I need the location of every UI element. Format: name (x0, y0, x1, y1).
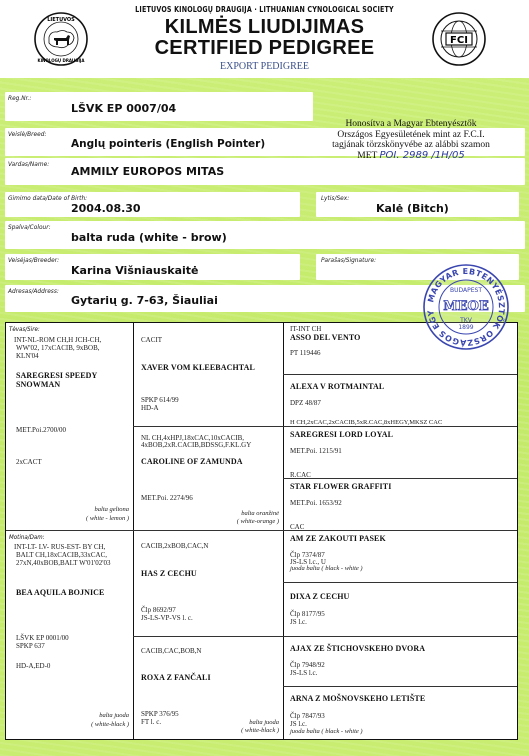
sex-field: Lytis/Sex: Kalė (Bitch) (316, 192, 519, 217)
ggp-reg: Člp 7847/93 (290, 712, 325, 720)
granddam-name: CAROLINE OF ZAMUNDA (141, 457, 243, 466)
ggp-cell: STAR FLOWER GRAFFITI MET.Poi. 1653/92 CA… (283, 479, 517, 531)
ggp-reg: MET.Poi. 1653/92 (290, 499, 342, 507)
parents-column: Tėvas/Sire: INT-NL-ROM CH,H JCH-CH, WW'0… (6, 323, 134, 739)
endorsement-line-1: Honosítva a Magyar Ebtenyésztők (300, 119, 522, 130)
pedigree-table: Tėvas/Sire: INT-NL-ROM CH,H JCH-CH, WW'0… (5, 322, 518, 740)
sire-cell: Tėvas/Sire: INT-NL-ROM CH,H JCH-CH, WW'0… (6, 323, 133, 531)
grandsire-reg: SPKP 614/99 (141, 396, 179, 404)
grandsire-titles: CACIT (141, 336, 162, 344)
grandsire-name: HAS Z CECHU (141, 569, 197, 578)
met-handwritten-number: POI. 2989 /1H/05 (380, 150, 465, 161)
colour-label: Spalva/Colour: (8, 223, 51, 231)
ggp-name: DIXA Z CECHU (290, 592, 349, 601)
svg-text:MEOE: MEOE (443, 299, 489, 314)
dam-grandsire-cell: CACIB,2xBOB,CAC,N HAS Z CECHU Člp 8692/9… (133, 531, 283, 637)
ggp-cell: AJAX ZE ŠTICHOVSKEHO DVORA Člp 7948/92 J… (283, 637, 517, 687)
dam-cell: Motina/Dam: INT-LT- LV- RUS-EST- BY CH, … (6, 531, 133, 739)
dam-extra: HD-A,ED-0 (16, 662, 50, 670)
ggp-titles: H CH,2xCAC,2xCACIB,5xR.CAC,8xHEGY,MKSZ C… (290, 419, 442, 427)
dam-granddam-cell: CACIB,CAC,BOB,N ROXA Z FANČALI SPKP 376/… (133, 637, 283, 739)
ggp-name: ASSO DEL VENTO (290, 333, 360, 342)
dam-label: Motina/Dam: (9, 533, 44, 541)
dob-label: Gimimo data/Date of Birth: (8, 194, 87, 202)
ggp-reg: Člp 8177/95 (290, 610, 325, 618)
granddam-titles: 4xBOB,2xR.CACIB,BDSSG,F.KL.GY (141, 441, 251, 449)
granddam-colour: balta oranžinė (241, 510, 279, 518)
met-prefix: MET (357, 151, 377, 161)
dam-name: BEA AQUILA BOJNICE (16, 588, 105, 597)
dob-value: 2004.08.30 (71, 202, 141, 215)
ggp-name: SAREGRESI LORD LOYAL (290, 430, 393, 439)
name-field: Vardas/Name: AMMILY EUROPOS MITAS (5, 158, 525, 185)
grandsire-reg: JS-LS-VP-VS l. c. (141, 614, 193, 622)
dam-reg: LŠVK EP 0001/00 (16, 634, 69, 642)
ggp-reg: JS l.c. (290, 720, 307, 728)
endorsement-line-2: Országos Egyesületének mint az F.C.I. (300, 130, 522, 141)
colour-field: Spalva/Colour: balta ruda (white - brow) (5, 221, 525, 249)
dam-title-line: BALT CH,18xCACIB,33xCAC, (16, 551, 107, 559)
ggp-cell: ALEXA V ROTMAINTAL DPZ 48/87 H CH,2xCAC,… (283, 375, 517, 427)
endorsement-met: MET POI. 2989 /1H/05 (300, 151, 522, 162)
sire-name: SNOWMAN (16, 380, 60, 389)
ggp-titles: R.CAC (290, 471, 311, 479)
registration-field: Reg.Nr.: LŠVK EP 0007/04 (5, 92, 313, 121)
sex-value: Kalė (Bitch) (376, 202, 449, 215)
sire-title-line: INT-NL-ROM CH,H JCH-CH, (14, 336, 101, 344)
sire-granddam-cell: NL CH,4xHPJ,18xCAC,10xCACIB, 4xBOB,2xR.C… (133, 427, 283, 531)
ggp-titles: CAC (290, 523, 304, 531)
ggp-cell: SAREGRESI LORD LOYAL MET.Poi. 1215/91 R.… (283, 427, 517, 479)
ggp-reg: JS l.c. (290, 618, 307, 626)
svg-text:BUDAPEST: BUDAPEST (450, 287, 482, 294)
ggp-reg: PT 119446 (290, 349, 321, 357)
fci-globe-logo-icon: FCI (431, 11, 487, 67)
dob-field: Gimimo data/Date of Birth: 2004.08.30 (5, 192, 300, 217)
sire-label: Tėvas/Sire: (9, 325, 40, 333)
svg-text:TKV: TKV (459, 317, 473, 324)
name-label: Vardas/Name: (8, 160, 49, 168)
society-name: LIETUVOS KINOLOGŲ DRAUGIJA · LITHUANIAN … (40, 5, 490, 14)
granddam-reg: FT l. c. (141, 718, 161, 726)
ggp-cell: ARNA Z MOŠNOVSKEHO LETIŠTE Člp 7847/93 J… (283, 687, 517, 739)
name-value: AMMILY EUROPOS MITAS (71, 165, 224, 178)
breeder-value: Karina Višniauskaitė (71, 264, 199, 277)
granddam-colour: balta juoda (249, 719, 279, 727)
ggp-name: STAR FLOWER GRAFFITI (290, 482, 391, 491)
granddam-reg: SPKP 376/95 (141, 710, 179, 718)
svg-text:1899: 1899 (458, 324, 473, 331)
great-grandparents-column: IT-INT CH ASSO DEL VENTO PT 119446 ALEXA… (283, 323, 517, 739)
sex-label: Lytis/Sex: (321, 194, 349, 202)
ggp-reg: MET.Poi. 1215/91 (290, 447, 342, 455)
grandsire-reg: HD-A (141, 404, 159, 412)
sire-title-line: KLN'04 (16, 352, 39, 360)
address-value: Gytarių g. 7-63, Šiauliai (71, 294, 218, 307)
ggp-name: ARNA Z MOŠNOVSKEHO LETIŠTE (290, 694, 425, 703)
signature-label: Parašas/Signature: (321, 256, 376, 264)
hungarian-endorsement: Honosítva a Magyar Ebtenyésztők Országos… (300, 119, 522, 161)
ggp-name: ALEXA V ROTMAINTAL (290, 382, 384, 391)
breeder-label: Veisėjas/Breeder: (8, 256, 59, 264)
ggp-name: AJAX ZE ŠTICHOVSKEHO DVORA (290, 644, 425, 653)
sire-name: SAREGRESI SPEEDY (16, 371, 97, 380)
registration-value: LŠVK EP 0007/04 (71, 102, 176, 115)
breed-label: Veislė/Breed: (8, 130, 46, 138)
ggp-cell: AM ZE ZAKOUTI PASEK Člp 7374/87 JS-LS l.… (283, 531, 517, 583)
dam-colour-en: ( white-black ) (91, 721, 129, 729)
ggp-reg: JS-LS l.c. (290, 669, 317, 677)
granddam-colour-en: ( white-orange ) (237, 518, 279, 526)
granddam-titles: CACIB,CAC,BOB,N (141, 647, 201, 655)
sire-colour: balta geltona (95, 506, 129, 514)
colour-value: balta ruda (white - brow) (71, 231, 227, 244)
meoe-stamp-icon: MAGYAR EBTENYÉSZTŐK ORSZÁGOS EGYESÜLETE … (421, 262, 511, 352)
dam-title-line: 27xN,40xBOB,BALT W'01'02'03 (16, 559, 110, 567)
sire-title-line: WW'02, 17xCACIB, 9xBOB, (16, 344, 100, 352)
sire-grandsire-cell: CACIT XAVER VOM KLEEBACHTAL SPKP 614/99 … (133, 323, 283, 427)
ggp-titles: IT-INT CH (290, 325, 321, 333)
dam-colour: balta juoda (99, 712, 129, 720)
ggp-colour: juoda balta ( black - white ) (290, 565, 363, 573)
svg-text:FCI: FCI (450, 35, 468, 46)
breed-value: Anglų pointeris (English Pointer) (71, 138, 265, 150)
dam-title-line: INT-LT- LV- RUS-EST- BY CH, (14, 543, 105, 551)
grandsire-titles: CACIB,2xBOB,CAC,N (141, 542, 208, 550)
breeder-field: Veisėjas/Breeder: Karina Višniauskaitė (5, 254, 300, 280)
registration-label: Reg.Nr.: (8, 94, 31, 102)
ggp-reg: DPZ 48/87 (290, 399, 321, 407)
certificate-header: LIETUVOS KINOLOGŲ DRAUGIJA LIETUVOS KINO… (0, 0, 529, 78)
grandsire-reg: Člp 8692/97 (141, 606, 176, 614)
granddam-name: ROXA Z FANČALI (141, 673, 211, 682)
ggp-cell: DIXA Z CECHU Člp 8177/95 JS l.c. (283, 583, 517, 637)
grandsire-name: XAVER VOM KLEEBACHTAL (141, 363, 255, 372)
sire-extra: 2xCACT (16, 458, 42, 466)
grandparents-column: CACIT XAVER VOM KLEEBACHTAL SPKP 614/99 … (133, 323, 284, 739)
granddam-colour-en: ( white-black ) (241, 727, 279, 735)
dam-reg: SPKP 637 (16, 642, 45, 650)
granddam-reg: MET.Poi. 2274/96 (141, 494, 193, 502)
address-label: Adresas/Address: (8, 287, 59, 295)
sire-reg: MET.Poi.2700/00 (16, 426, 66, 434)
ggp-colour: juoda balta ( black - white ) (290, 728, 363, 736)
ggp-name: AM ZE ZAKOUTI PASEK (290, 534, 386, 543)
ggp-reg: Člp 7948/92 (290, 661, 325, 669)
sire-colour-en: ( white - lemon ) (86, 515, 129, 523)
